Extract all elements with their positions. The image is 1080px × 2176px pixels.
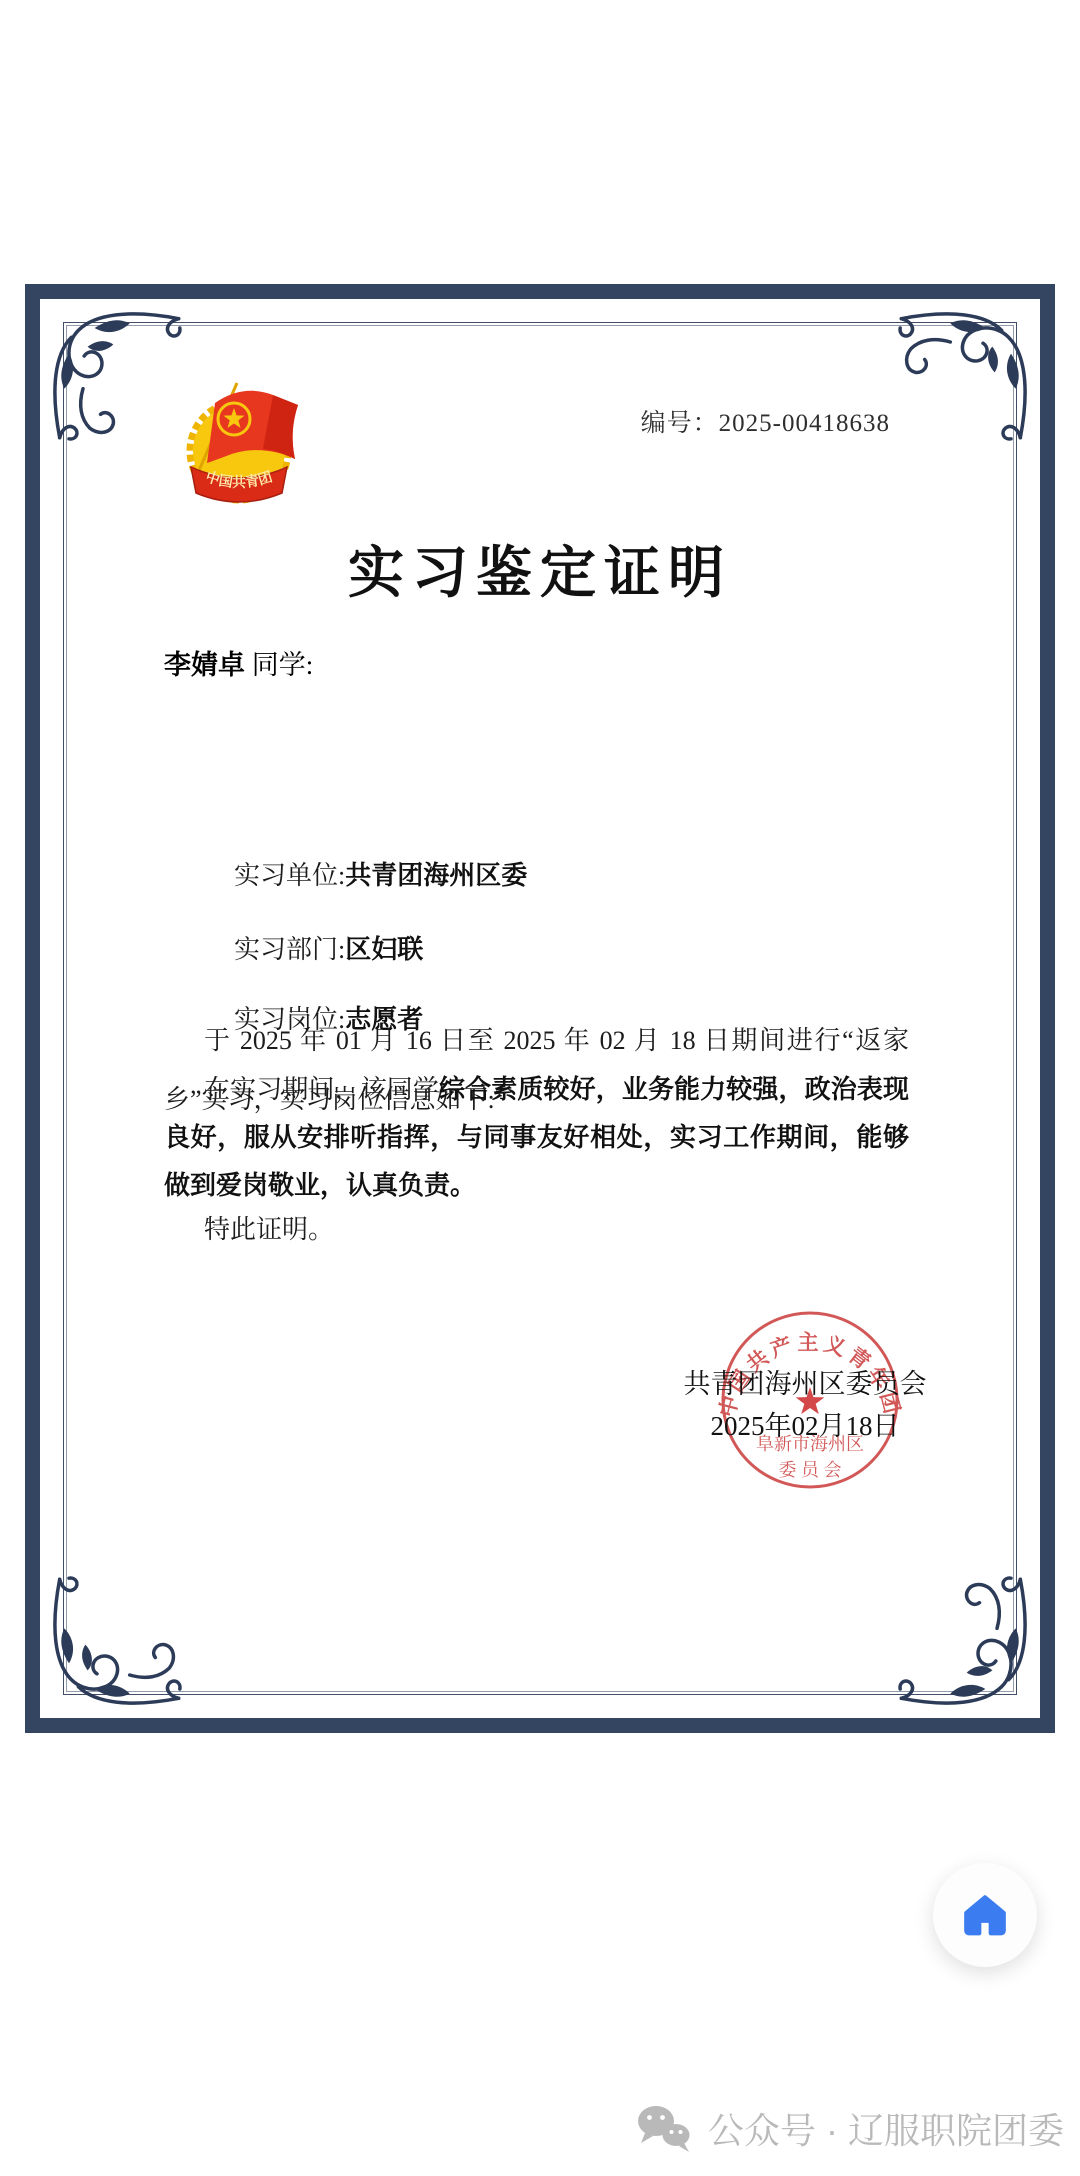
- field-label: 实习部门:: [234, 935, 345, 964]
- home-icon: [960, 1890, 1010, 1940]
- communist-youth-league-emblem-icon: 中国共青团: [177, 375, 309, 507]
- signature-block: 共青团海州区委员会 2025年02月18日: [615, 1363, 995, 1447]
- evaluation-paragraph: 在实习期间，该同学综合素质较好，业务能力较强，政治表现良好，服从安排听指挥，与同…: [164, 1066, 909, 1210]
- student-name-line: 李婧卓 同学:: [164, 643, 313, 682]
- field-label: 实习岗位:: [234, 1005, 345, 1034]
- field-label: 实习单位:: [234, 861, 345, 890]
- signature-date: 2025年02月18日: [615, 1405, 995, 1447]
- certificate-paper: 中国共青团 编号：2025-00418638 实习鉴定证明 李婧卓 同学: 于 …: [40, 299, 1040, 1718]
- student-name: 李婧卓: [164, 650, 245, 680]
- field-row-unit: 实习单位:共青团海州区委: [234, 855, 527, 892]
- footer-watermark: 公众号 · 辽服职院团委: [634, 2098, 1064, 2158]
- certificate-title: 实习鉴定证明: [40, 529, 1040, 609]
- wechat-icon: [634, 2102, 694, 2154]
- signature-organization: 共青团海州区委员会: [615, 1363, 995, 1405]
- field-value: 共青团海州区委: [345, 861, 527, 890]
- home-button[interactable]: [933, 1863, 1037, 1967]
- field-row-department: 实习部门:区妇联: [234, 929, 423, 966]
- footer-watermark-text: 公众号 · 辽服职院团委: [708, 2103, 1064, 2154]
- salutation: 同学:: [252, 650, 314, 680]
- certificate-card: 中国共青团 编号：2025-00418638 实习鉴定证明 李婧卓 同学: 于 …: [25, 284, 1055, 1733]
- stamp-committee-text: 委 员 会: [779, 1460, 842, 1480]
- serial-number: 编号：2025-00418638: [641, 403, 890, 439]
- closing-line: 特此证明。: [164, 1209, 334, 1246]
- field-value: 区妇联: [345, 935, 423, 964]
- field-value: 志愿者: [345, 1005, 423, 1034]
- field-row-position: 实习岗位:志愿者: [234, 999, 423, 1036]
